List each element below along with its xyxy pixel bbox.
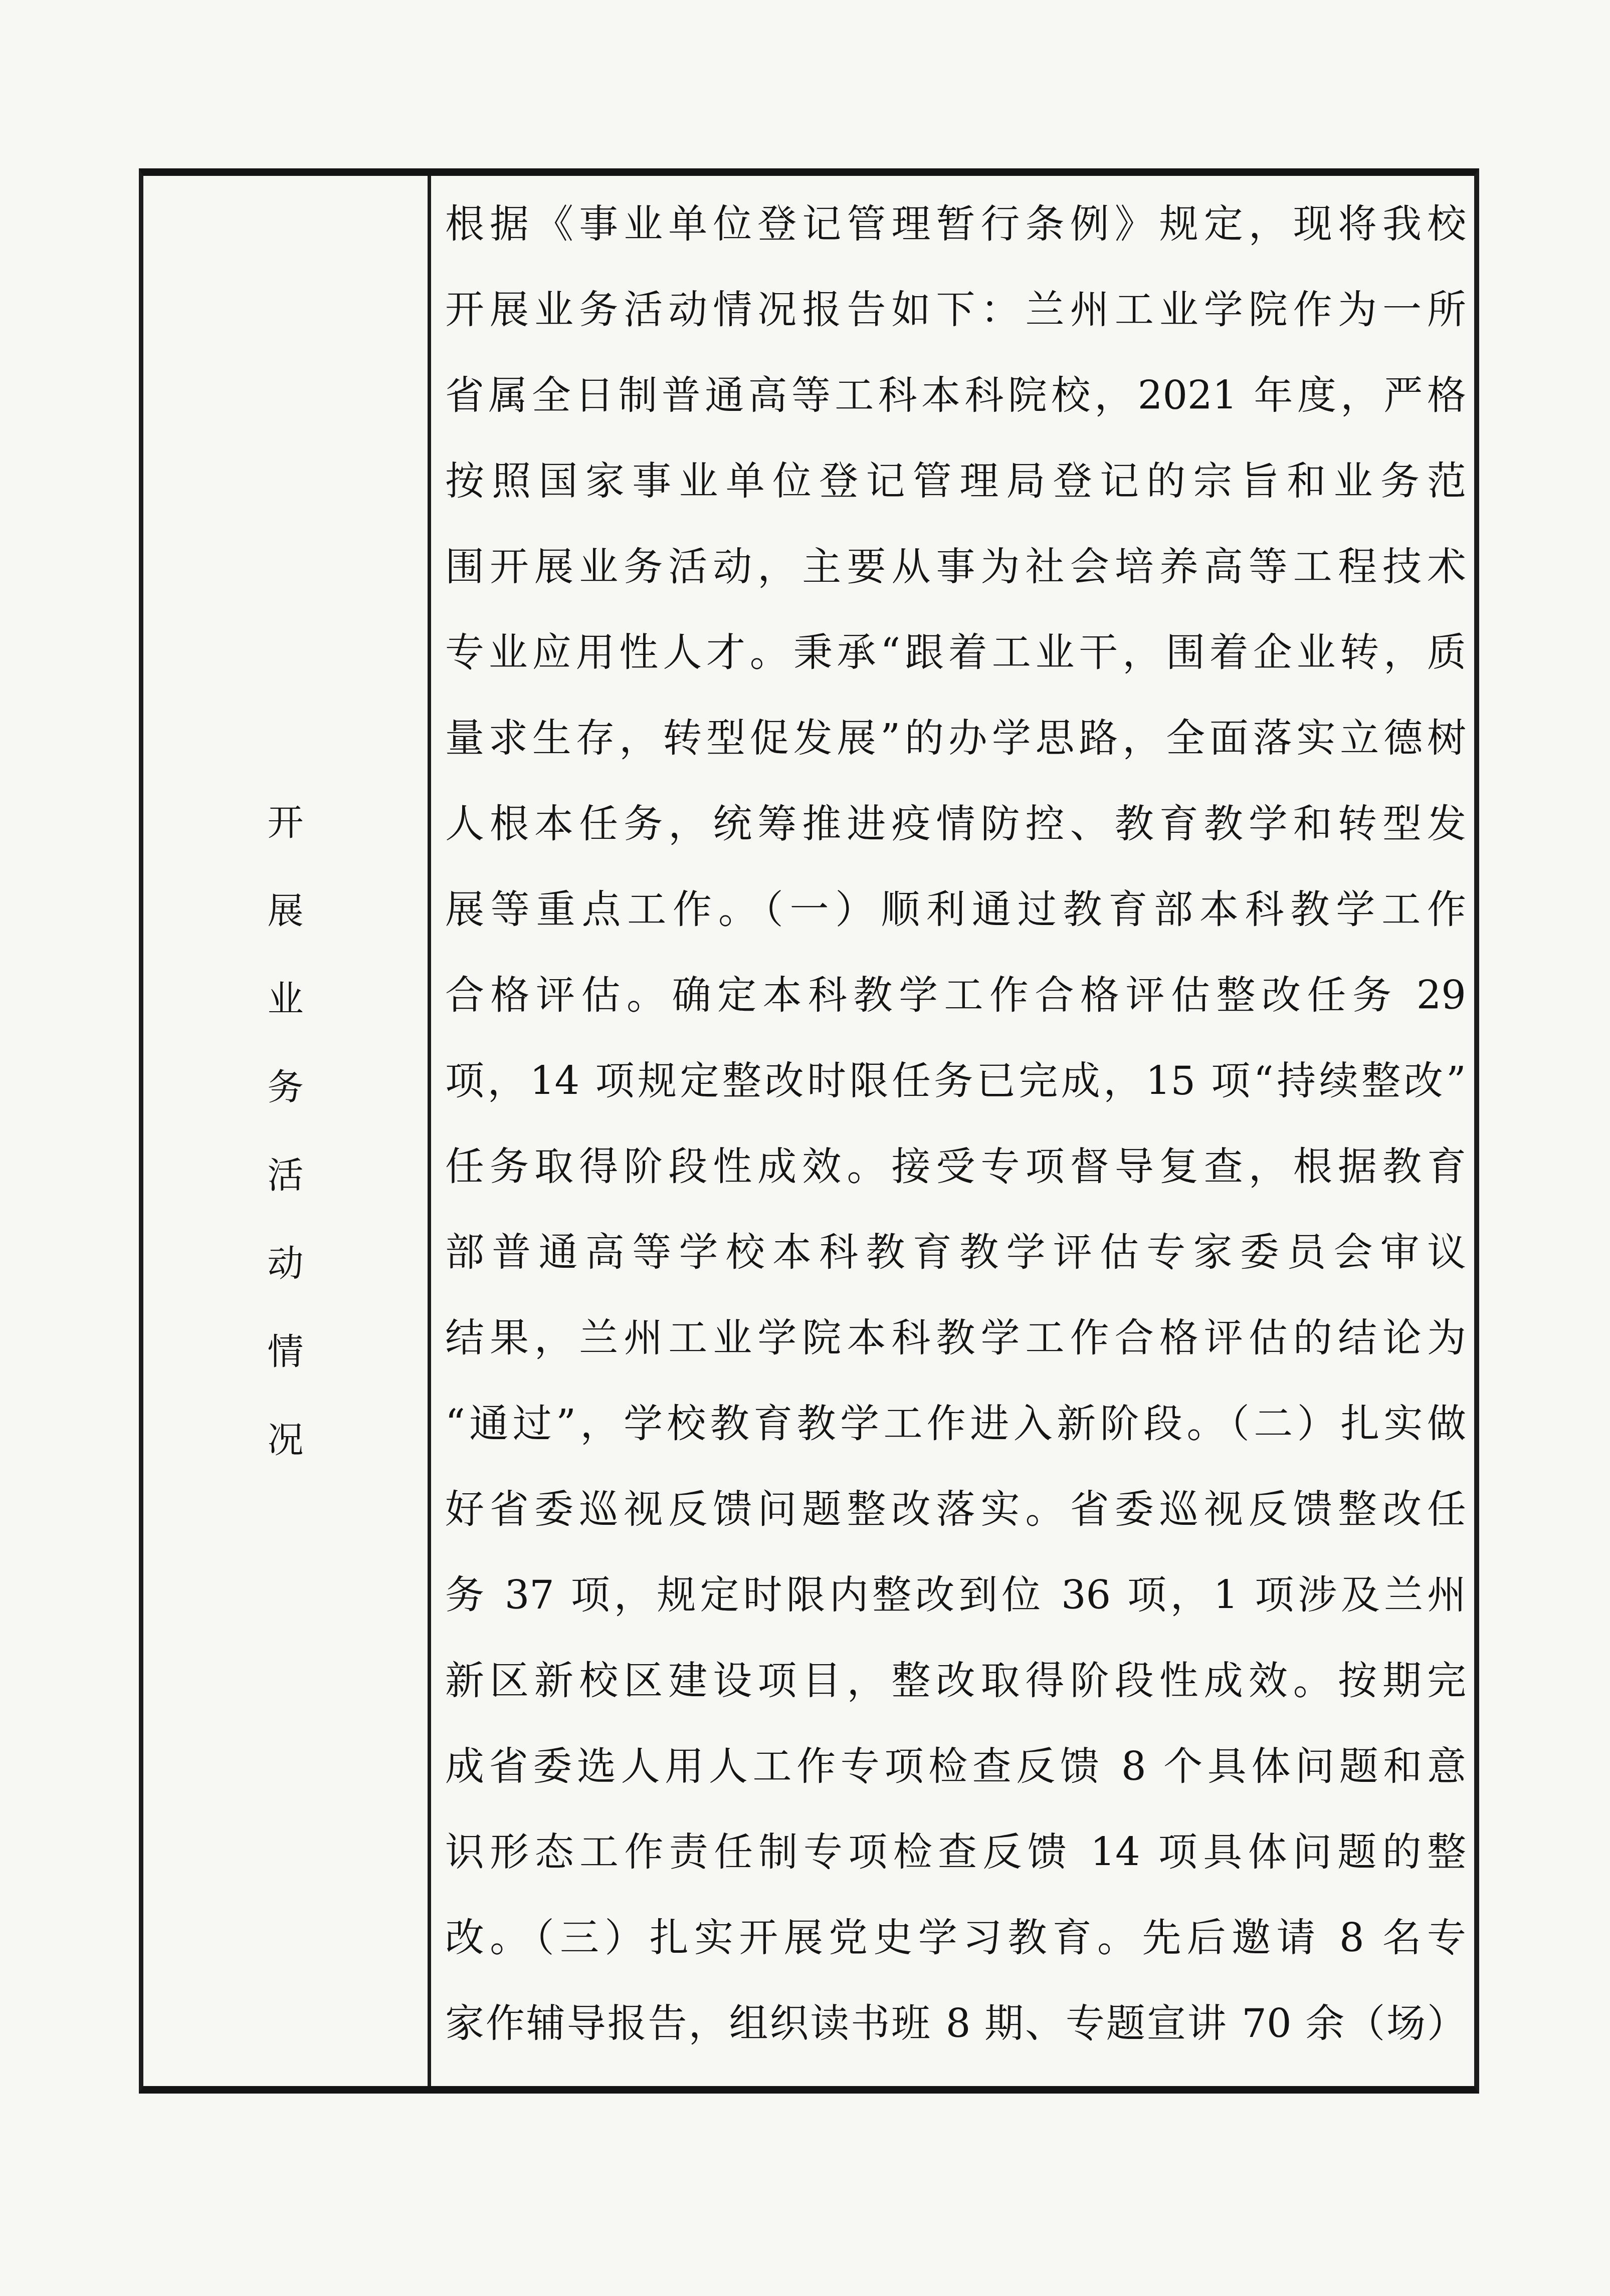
text-line: 识形态工作责任制专项检查反馈 14 项具体问题的整 [445,1810,1466,1896]
row-label-char: 情 [267,1333,303,1369]
text-line: 人根本任务，统筹推进疫情防控、教育教学和转型发 [445,782,1466,867]
row-label-char: 展 [267,892,303,929]
row-label-char: 业 [267,981,303,1017]
text-line: 任务取得阶段性成效。接受专项督导复查，根据教育 [445,1124,1466,1210]
text-line: “通过”，学校教育教学工作进入新阶段。（二）扎实做 [445,1382,1466,1467]
business-activity-text-cell: 根据《事业单位登记管理暂行条例》规定，现将我校开展业务活动情况报告如下：兰州工业… [431,176,1474,2086]
text-line: 合格评估。确定本科教学工作合格评估整改任务 29 [445,953,1466,1039]
text-line: 量求生存，转型促发展”的办学思路，全面落实立德树 [445,696,1466,782]
text-line: 展等重点工作。（一）顺利通过教育部本科教学工作 [445,867,1466,953]
text-line: 新区新校区建设项目，整改取得阶段性成效。按期完 [445,1639,1466,1724]
row-label-char: 动 [267,1245,303,1281]
text-line: 成省委选人用人工作专项检查反馈 8 个具体问题和意 [445,1724,1466,1810]
text-line: 改。（三）扎实开展党史学习教育。先后邀请 8 名专 [445,1896,1466,1981]
text-line: 专业应用性人才。秉承“跟着工业干，围着企业转，质 [445,610,1466,696]
text-line: 围开展业务活动，主要从事为社会培养高等工程技术 [445,525,1466,610]
business-activity-report-table: 开展业务活动情况 根据《事业单位登记管理暂行条例》规定，现将我校开展业务活动情况… [139,168,1479,2094]
text-line: 务 37 项，规定时限内整改到位 36 项，1 项涉及兰州 [445,1553,1466,1639]
document-page: 开展业务活动情况 根据《事业单位登记管理暂行条例》规定，现将我校开展业务活动情况… [0,0,1610,2296]
text-line: 好省委巡视反馈问题整改落实。省委巡视反馈整改任 [445,1467,1466,1553]
text-line: 结果，兰州工业学院本科教学工作合格评估的结论为 [445,1296,1466,1382]
text-line: 部普通高等学校本科教育教学评估专家委员会审议 [445,1210,1466,1296]
text-line: 开展业务活动情况报告如下：兰州工业学院作为一所 [445,268,1466,353]
row-label-char: 活 [267,1157,303,1193]
text-line: 家作辅导报告，组织读书班 8 期、专题宣讲 70 余（场） [445,1981,1466,2067]
text-line: 省属全日制普通高等工科本科院校，2021 年度，严格 [445,353,1466,439]
row-label-char: 务 [267,1069,303,1105]
row-label-char: 开 [267,804,303,840]
text-line: 项，14 项规定整改时限任务已完成，15 项“持续整改” [445,1039,1466,1124]
text-line: 按照国家事业单位登记管理局登记的宗旨和业务范 [445,439,1466,525]
row-label-cell: 开展业务活动情况 [143,176,431,2086]
text-line: 根据《事业单位登记管理暂行条例》规定，现将我校 [445,182,1466,268]
row-label-char: 况 [267,1422,303,1458]
